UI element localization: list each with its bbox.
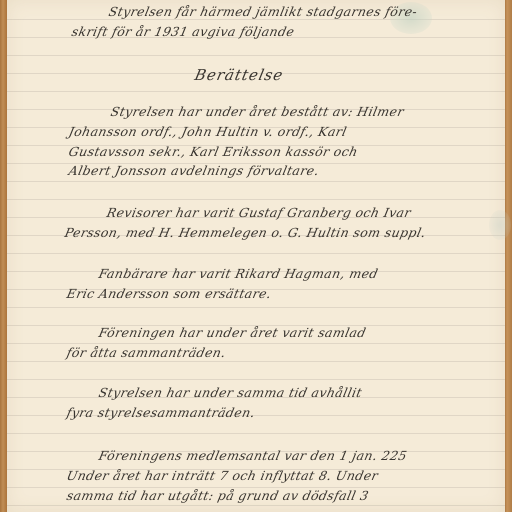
para1-line2: Johansson ordf., John Hultin v. ordf., K… [67, 124, 348, 139]
intro-line-2: skrift för år 1931 avgiva följande [70, 24, 296, 39]
para3-line2: Eric Andersson som ersättare. [65, 286, 273, 301]
heading: Berättelse [193, 66, 285, 84]
para6-line3: samma tid har utgått: på grund av dödsfa… [65, 488, 370, 503]
intro-line-1: Styrelsen får härmed jämlikt stadgarnes … [107, 4, 418, 19]
para1-line1: Styrelsen har under året bestått av: Hil… [109, 104, 405, 119]
para6-line1: Föreningens medlemsantal var den 1 jan. … [97, 448, 408, 463]
para4-line2: för åtta sammanträden. [65, 345, 227, 360]
para2-line2: Persson, med H. Hemmelegen o. G. Hultin … [63, 225, 427, 240]
water-stain-right [489, 210, 511, 240]
para5-line2: fyra styrelsesammanträden. [65, 405, 256, 420]
para2-line1: Revisorer har varit Gustaf Granberg och … [105, 205, 412, 220]
ledger-page: Styrelsen får härmed jämlikt stadgarnes … [7, 0, 505, 512]
para5-line1: Styrelsen har under samma tid avhållit [97, 385, 363, 400]
para1-line4: Albert Jonsson avdelnings förvaltare. [67, 163, 320, 178]
para4-line1: Föreningen har under året varit samlad [97, 325, 367, 340]
para6-line2: Under året har inträtt 7 och inflyttat 8… [65, 468, 379, 483]
wood-frame-right [504, 0, 512, 512]
para3-line1: Fanbärare har varit Rikard Hagman, med [97, 266, 379, 281]
para1-line3: Gustavsson sekr., Karl Eriksson kassör o… [67, 144, 359, 159]
